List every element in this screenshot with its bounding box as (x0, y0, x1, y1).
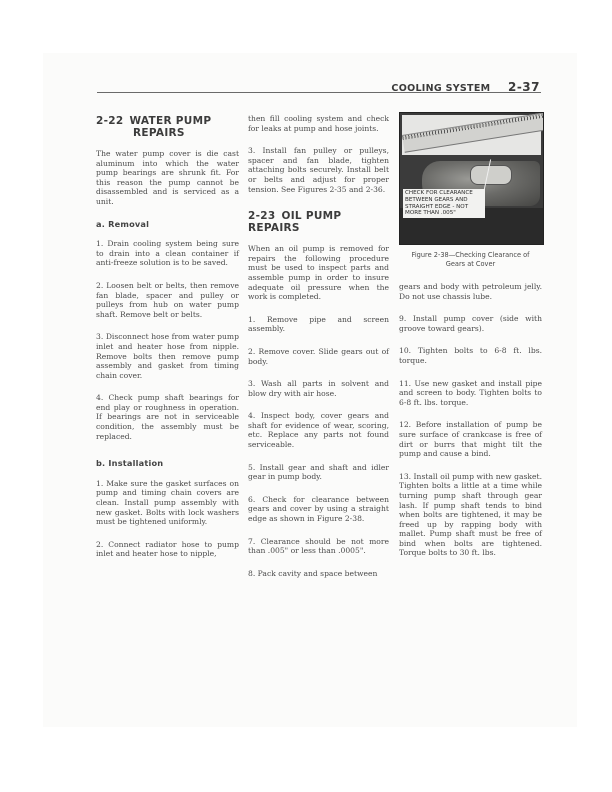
installation-step-2-cont: then fill cooling system and check for l… (248, 114, 389, 133)
section-heading-2-22: 2-22WATER PUMP REPAIRS (96, 115, 239, 139)
column-2: then fill cooling system and check for l… (248, 114, 389, 591)
section-number: 2-23 (248, 210, 275, 222)
oil-step-13: 13. Install oil pump with new gasket. Ti… (399, 472, 542, 558)
figure-2-38-photo: CHECK FOR CLEARANCE BETWEEN GEARS AND ST… (399, 112, 544, 245)
oil-step-8-start: 8. Pack cavity and space between (248, 569, 389, 579)
installation-step-2-start: 2. Connect radiator hose to pump inlet a… (96, 540, 239, 559)
oil-step-4: 4. Inspect body, cover gears and shaft f… (248, 411, 389, 449)
removal-step-3: 3. Disconnect hose from water pump inlet… (96, 332, 239, 380)
oil-step-11: 11. Use new gasket and install pipe and … (399, 379, 542, 408)
section-title-line1: WATER PUMP (129, 115, 211, 127)
section-heading-2-23: 2-23OIL PUMP REPAIRS (248, 210, 389, 234)
oil-step-6: 6. Check for clearance between gears and… (248, 495, 389, 524)
removal-step-1: 1. Drain cooling system being sure to dr… (96, 239, 239, 268)
section-number: 2-22 (96, 115, 123, 127)
oil-step-7: 7. Clearance should be not more than .00… (248, 537, 389, 556)
oil-step-10: 10. Tighten bolts to 6-8 ft. lbs. torque… (399, 346, 542, 365)
removal-step-4: 4. Check pump shaft bearings for end pla… (96, 393, 239, 441)
column-1: 2-22WATER PUMP REPAIRS The water pump co… (96, 115, 239, 572)
figure-caption: Figure 2-38—Checking Clearance of Gears … (399, 251, 542, 269)
header-rule (97, 92, 541, 93)
installation-heading: b. Installation (96, 459, 239, 469)
oil-step-3: 3. Wash all parts in solvent and blow dr… (248, 379, 389, 398)
oil-step-12: 12. Before installation of pump be sure … (399, 420, 542, 458)
pump-gear (470, 165, 512, 185)
removal-step-2: 2. Loosen belt or belts, then remove fan… (96, 281, 239, 319)
water-pump-intro: The water pump cover is die cast aluminu… (96, 149, 239, 207)
caption-line-1: Figure 2-38—Checking Clearance of (399, 251, 542, 260)
installation-step-3: 3. Install fan pulley or pulleys, spacer… (248, 146, 389, 194)
section-title-line2: REPAIRS (96, 127, 239, 139)
figure-callout: CHECK FOR CLEARANCE BETWEEN GEARS AND ST… (403, 189, 485, 218)
oil-step-5: 5. Install gear and shaft and idler gear… (248, 463, 389, 482)
oil-step-8-cont: gears and body with petroleum jelly. Do … (399, 282, 542, 301)
oil-step-9: 9. Install pump cover (side with groove … (399, 314, 542, 333)
installation-step-1: 1. Make sure the gasket surfaces on pump… (96, 479, 239, 527)
oil-step-2: 2. Remove cover. Slide gears out of body… (248, 347, 389, 366)
oil-pump-intro: When an oil pump is removed for repairs … (248, 244, 389, 302)
oil-step-1: 1. Remove pipe and screen assembly. (248, 315, 389, 334)
column-3: gears and body with petroleum jelly. Do … (399, 282, 542, 571)
installation-step-2-part1: 2. Connect radiator hose to pump inlet a… (96, 540, 239, 559)
caption-line-2: Gears at Cover (399, 260, 542, 269)
removal-heading: a. Removal (96, 220, 239, 230)
